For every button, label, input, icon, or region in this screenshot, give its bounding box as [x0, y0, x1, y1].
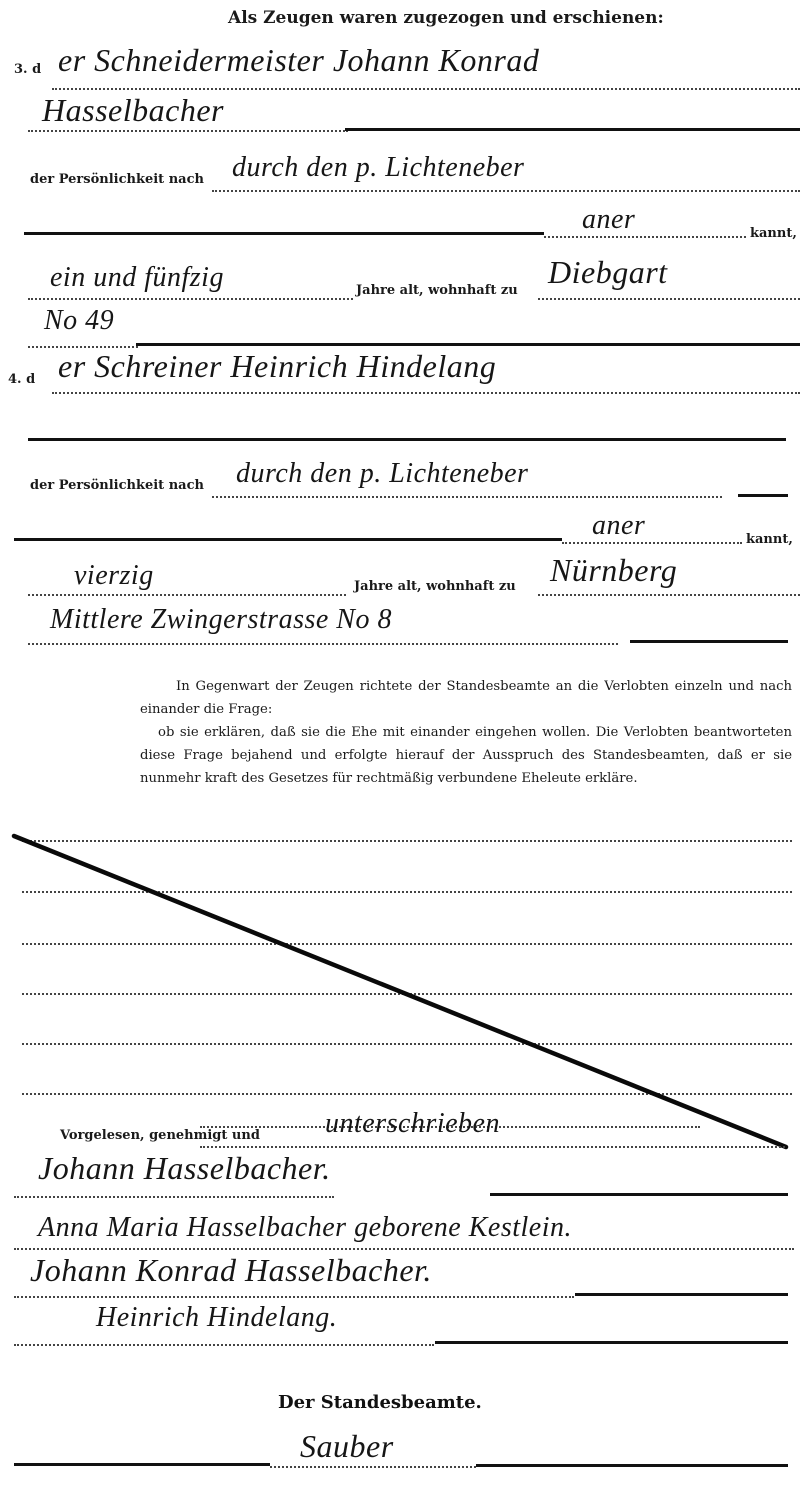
signature-dots	[14, 1344, 434, 1346]
signature-groom[interactable]: Johann Hasselbacher.	[38, 1150, 331, 1187]
signature-bride[interactable]: Anna Maria Hasselbacher geborene Kestlei…	[38, 1212, 572, 1244]
registrar-title: Der Standesbeamte.	[278, 1392, 482, 1413]
registrar-signature[interactable]: Sauber	[300, 1428, 394, 1465]
signature-rule	[575, 1293, 788, 1296]
signature-dots	[14, 1296, 574, 1298]
signature-dots	[14, 1248, 794, 1250]
closing-value[interactable]: unterschrieben	[325, 1108, 500, 1140]
signature-dots	[14, 1196, 334, 1198]
signature-rule	[490, 1193, 788, 1196]
signature-rule	[435, 1341, 788, 1344]
closing-label: Vorgelesen, genehmigt und	[60, 1128, 260, 1143]
registrar-dots	[270, 1466, 476, 1468]
signature-witness-3[interactable]: Johann Konrad Hasselbacher.	[30, 1252, 432, 1289]
registrar-rule-left	[14, 1463, 270, 1466]
closing-dots	[200, 1146, 785, 1148]
registrar-rule-right	[476, 1464, 788, 1467]
signature-witness-4[interactable]: Heinrich Hindelang.	[96, 1302, 337, 1334]
